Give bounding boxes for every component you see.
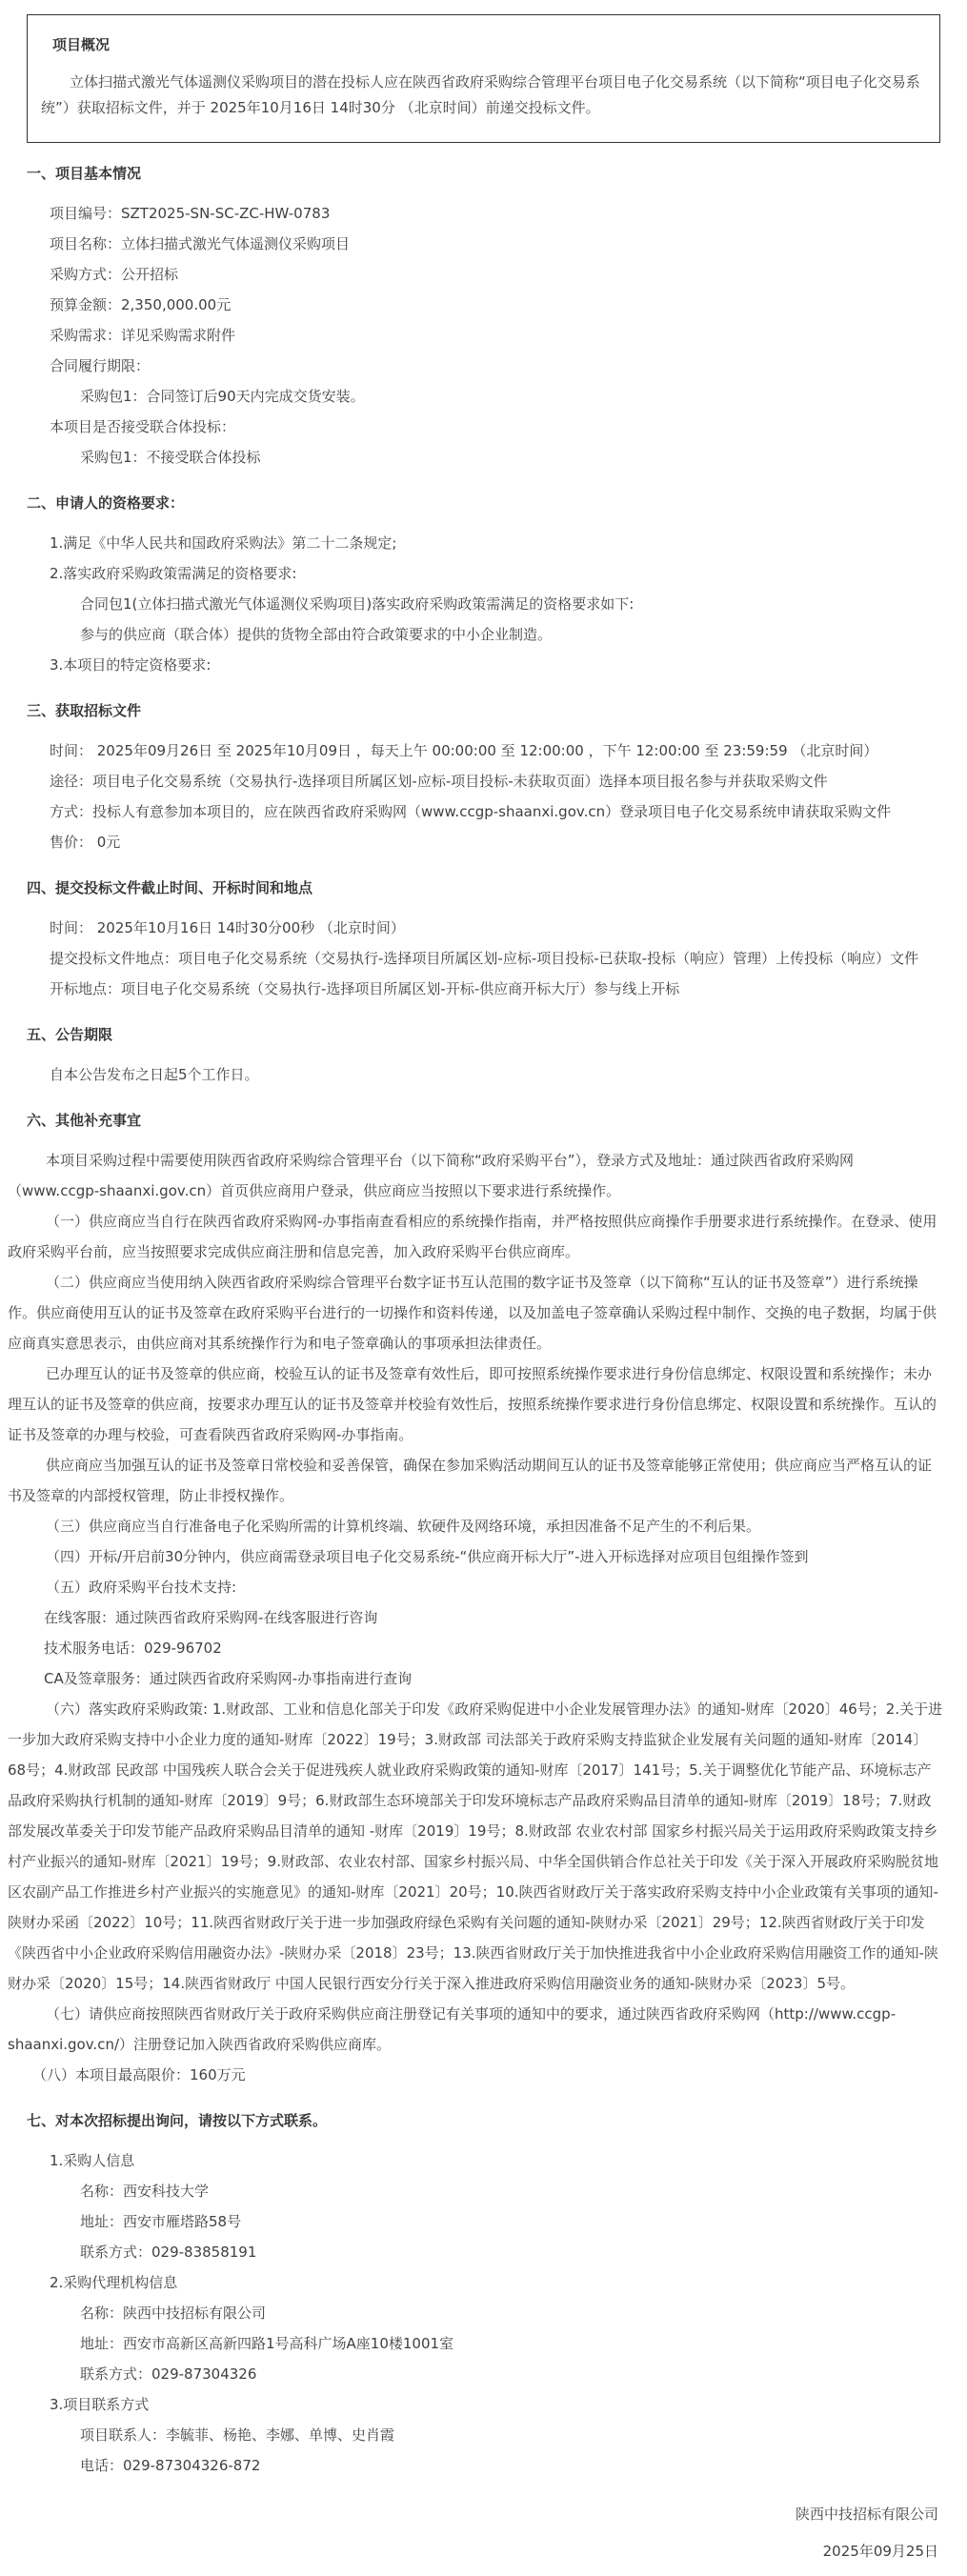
detail-row: 自本公告发布之日起5个工作日。 — [50, 1059, 940, 1090]
detail-row: 售价： 0元 — [50, 827, 940, 857]
section-heading: 五、公告期限 — [27, 1019, 940, 1050]
agency-name-row: 名称：陕西中技招标有限公司 — [80, 2298, 940, 2328]
section-heading: 三、获取招标文件 — [27, 695, 940, 726]
purchaser-address-row: 地址：西安市雁塔路58号 — [80, 2206, 940, 2237]
notice-paragraph: 已办理互认的证书及签章的供应商，校验互认的证书及签章有效性后，即可按照系统操作要… — [8, 1358, 944, 1450]
purchaser-phone-row: 联系方式：029-83858191 — [80, 2237, 940, 2267]
support-ca-service-row: CA及签章服务：通过陕西省政府采购网-办事指南进行查询 — [44, 1663, 944, 1694]
section-heading: 二、申请人的资格要求： — [27, 488, 940, 518]
section-heading: 四、提交投标文件截止时间、开标时间和地点 — [27, 873, 940, 903]
support-phone-row: 技术服务电话：029-96702 — [44, 1633, 944, 1663]
detail-row: 项目编号：SZT2025-SN-SC-ZC-HW-0783 — [50, 198, 940, 229]
max-price-row: （八）本项目最高限价：160万元 — [8, 2060, 944, 2090]
detail-row: 时间： 2025年10月16日 14时30分00秒 （北京时间） — [50, 913, 940, 943]
detail-row: 参与的供应商（联合体）提供的货物全部由符合政策要求的中小企业制造。 — [80, 619, 940, 650]
agency-info-title: 2.采购代理机构信息 — [50, 2267, 940, 2298]
agency-address-row: 地址：西安市高新区高新四路1号高科广场A座10楼1001室 — [80, 2328, 940, 2359]
notice-paragraph: （七）请供应商按照陕西省财政厅关于政府采购供应商注册登记有关事项的通知中的要求，… — [8, 1999, 944, 2060]
section-obtain-documents: 三、获取招标文件 时间： 2025年09月26日 至 2025年10月09日 ，… — [0, 695, 967, 857]
project-overview-box: 项目概况 立体扫描式激光气体遥测仪采购项目的潜在投标人应在陕西省政府采购综合管理… — [27, 14, 940, 143]
section-heading: 七、对本次招标提出询问，请按以下方式联系。 — [27, 2105, 940, 2136]
agency-phone-row: 联系方式：029-87304326 — [80, 2359, 940, 2389]
support-online-service-row: 在线客服：通过陕西省政府采购网-在线客服进行咨询 — [44, 1602, 944, 1633]
detail-row: 合同履行期限： — [50, 351, 940, 381]
detail-row: 采购需求：详见采购需求附件 — [50, 320, 940, 351]
section-heading: 一、项目基本情况 — [27, 158, 940, 189]
detail-row: 方式：投标人有意参加本项目的，应在陕西省政府采购网（www.ccgp-shaan… — [50, 796, 940, 827]
notice-paragraph: （五）政府采购平台技术支持: — [8, 1572, 944, 1602]
signature-block: 陕西中技招标有限公司 2025年09月25日 — [0, 2496, 938, 2570]
project-contact-title: 3.项目联系方式 — [50, 2389, 940, 2420]
notice-paragraph: （四）开标/开启前30分钟内，供应商需登录项目电子化交易系统-“供应商开标大厅”… — [8, 1541, 944, 1572]
detail-row: 1.满足《中华人民共和国政府采购法》第二十二条规定; — [50, 528, 940, 558]
project-contact-phone-row: 电话：029-87304326-872 — [80, 2450, 940, 2481]
detail-row: 合同包1(立体扫描式激光气体遥测仪采购项目)落实政府采购政策需满足的资格要求如下… — [80, 589, 940, 619]
detail-row: 采购方式：公开招标 — [50, 259, 940, 290]
detail-row: 2.落实政府采购政策需满足的资格要求: — [50, 558, 940, 589]
detail-row: 本项目是否接受联合体投标： — [50, 412, 940, 442]
overview-body: 立体扫描式激光气体遥测仪采购项目的潜在投标人应在陕西省政府采购综合管理平台项目电… — [41, 70, 926, 121]
notice-paragraph: 供应商应当加强互认的证书及签章日常校验和妥善保管，确保在参加采购活动期间互认的证… — [8, 1450, 944, 1511]
section-other-matters: 六、其他补充事宜 本项目采购过程中需要使用陕西省政府采购综合管理平台（以下简称“… — [0, 1105, 967, 2090]
detail-row: 预算金额：2,350,000.00元 — [50, 290, 940, 320]
signature-date: 2025年09月25日 — [0, 2533, 938, 2570]
section-heading: 六、其他补充事宜 — [27, 1105, 940, 1136]
section-announcement-period: 五、公告期限 自本公告发布之日起5个工作日。 — [0, 1019, 967, 1090]
section-basic-info: 一、项目基本情况 项目编号：SZT2025-SN-SC-ZC-HW-0783 项… — [0, 158, 967, 473]
detail-row: 途径：项目电子化交易系统（交易执行-选择项目所属区划-应标-项目投标-未获取页面… — [50, 766, 940, 796]
detail-row: 开标地点：项目电子化交易系统（交易执行-选择项目所属区划-开标-供应商开标大厅）… — [50, 974, 940, 1004]
detail-row: 采购包1：合同签订后90天内完成交货安装。 — [80, 381, 940, 412]
notice-paragraph: （六）落实政府采购政策: 1.财政部、工业和信息化部关于印发《政府采购促进中小企… — [8, 1694, 944, 1999]
detail-row: 时间： 2025年09月26日 至 2025年10月09日 ，每天上午 00:0… — [50, 735, 940, 766]
overview-title: 项目概况 — [52, 34, 928, 54]
notice-paragraph: （三）供应商应当自行准备电子化采购所需的计算机终端、软硬件及网络环境，承担因准备… — [8, 1511, 944, 1541]
notice-paragraph: 本项目采购过程中需要使用陕西省政府采购综合管理平台（以下简称“政府采购平台”），… — [8, 1145, 944, 1206]
notice-paragraph: （一）供应商应当自行在陕西省政府采购网-办事指南查看相应的系统操作指南，并严格按… — [8, 1206, 944, 1267]
purchaser-name-row: 名称：西安科技大学 — [80, 2176, 940, 2206]
section-contact: 七、对本次招标提出询问，请按以下方式联系。 1.采购人信息 名称：西安科技大学 … — [0, 2105, 967, 2481]
project-contacts-row: 项目联系人：李毓菲、杨艳、李娜、单博、史肖霞 — [80, 2420, 940, 2450]
detail-row: 采购包1：不接受联合体投标 — [80, 442, 940, 473]
detail-row: 提交投标文件地点：项目电子化交易系统（交易执行-选择项目所属区划-应标-项目投标… — [50, 943, 940, 974]
purchaser-info-title: 1.采购人信息 — [50, 2145, 940, 2176]
notice-paragraph: （二）供应商应当使用纳入陕西省政府采购综合管理平台数字证书互认范围的数字证书及签… — [8, 1267, 944, 1358]
section-qualification: 二、申请人的资格要求： 1.满足《中华人民共和国政府采购法》第二十二条规定; 2… — [0, 488, 967, 680]
detail-row: 项目名称：立体扫描式激光气体遥测仪采购项目 — [50, 229, 940, 259]
detail-row: 3.本项目的特定资格要求: — [50, 650, 940, 680]
section-bid-submission: 四、提交投标文件截止时间、开标时间和地点 时间： 2025年10月16日 14时… — [0, 873, 967, 1004]
signature-org: 陕西中技招标有限公司 — [0, 2496, 938, 2533]
